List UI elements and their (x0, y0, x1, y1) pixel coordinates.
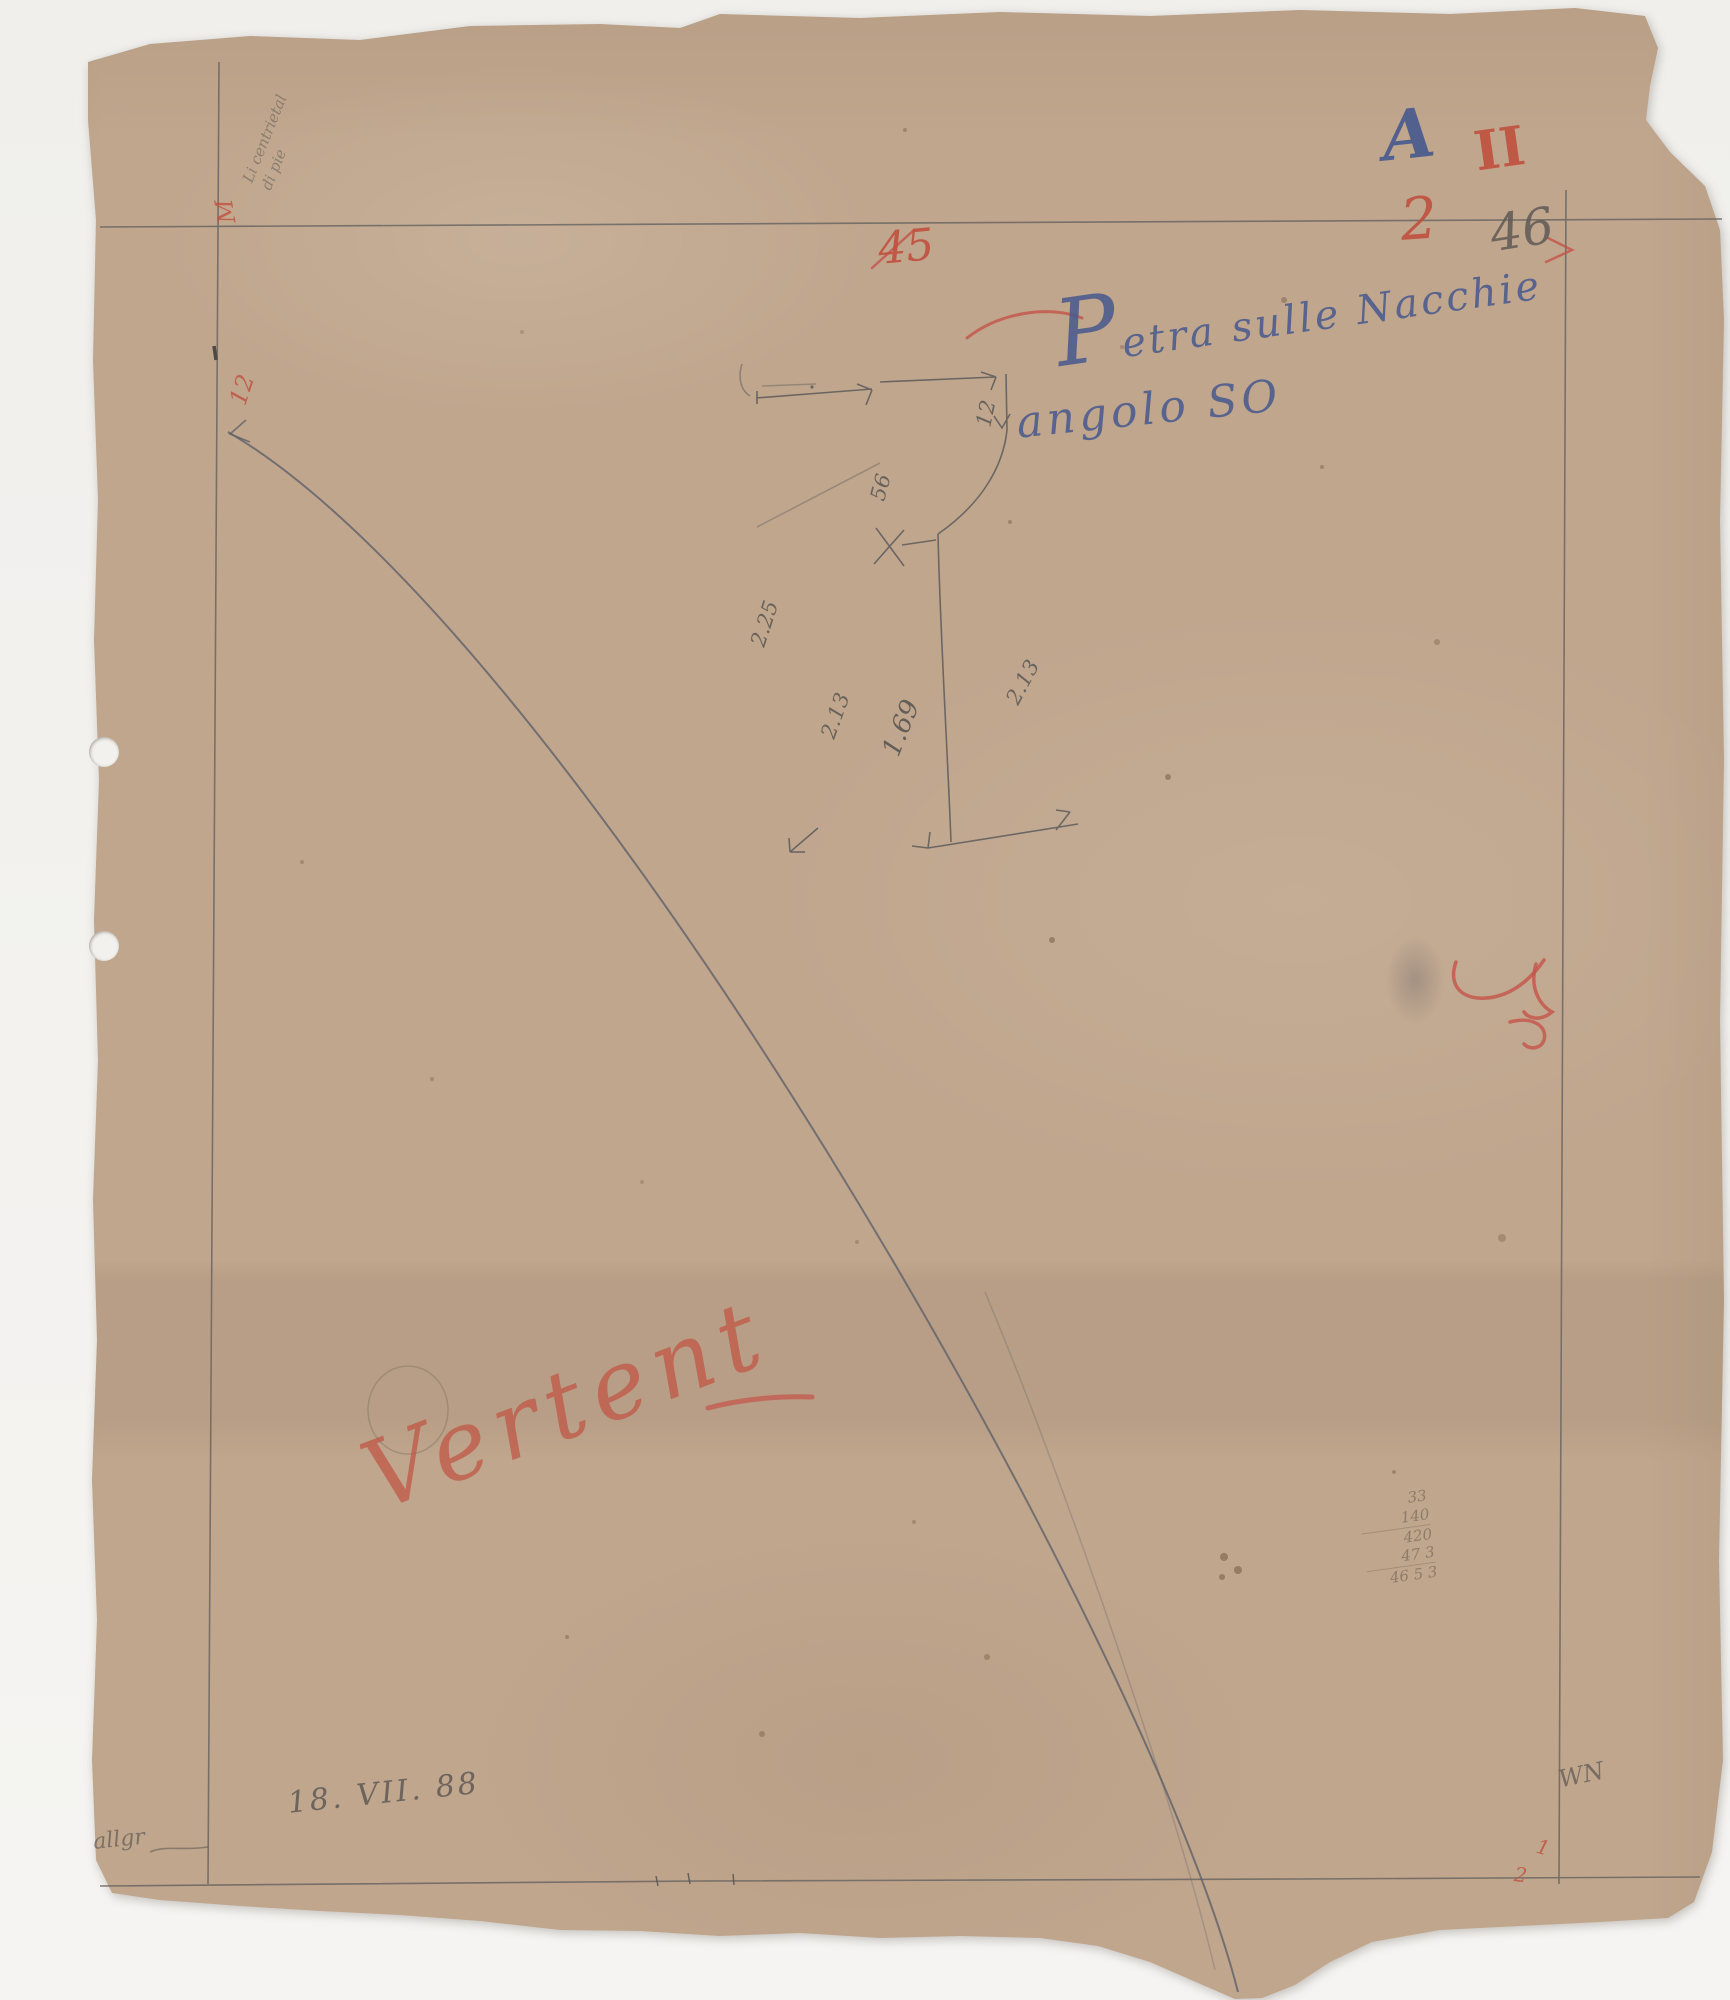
dim-label-2-13-left: 2.13 (816, 690, 855, 743)
left-border-dash (214, 346, 216, 360)
classification-letter-a: A (1378, 92, 1439, 177)
dim-label-2-13-right: 2.13 (1001, 656, 1045, 709)
quarter-circle-arc (228, 420, 1238, 1992)
classification-numeral-ii: II (1470, 113, 1529, 183)
border-lines (100, 62, 1722, 1886)
left-edge-red-mark: M (210, 197, 242, 226)
dim-label-56: 56 (866, 471, 896, 503)
dim-label-1-69: 1.69 (877, 696, 927, 761)
dim-label-12: 12 (971, 398, 1000, 429)
red-number-45: 45 (876, 219, 936, 275)
bottom-left-flourish (150, 1847, 208, 1852)
bottom-border-ticks (656, 1873, 734, 1886)
pencil-arithmetic-column: 33 140 420 47 3 46 5 3 (1356, 1486, 1439, 1591)
dim-label-2-25: 2.25 (746, 598, 784, 651)
scanned-drawing-sheet: 12 56 2.25 2.13 1.69 2.13 A II 2 46 45 P… (0, 0, 1730, 2000)
